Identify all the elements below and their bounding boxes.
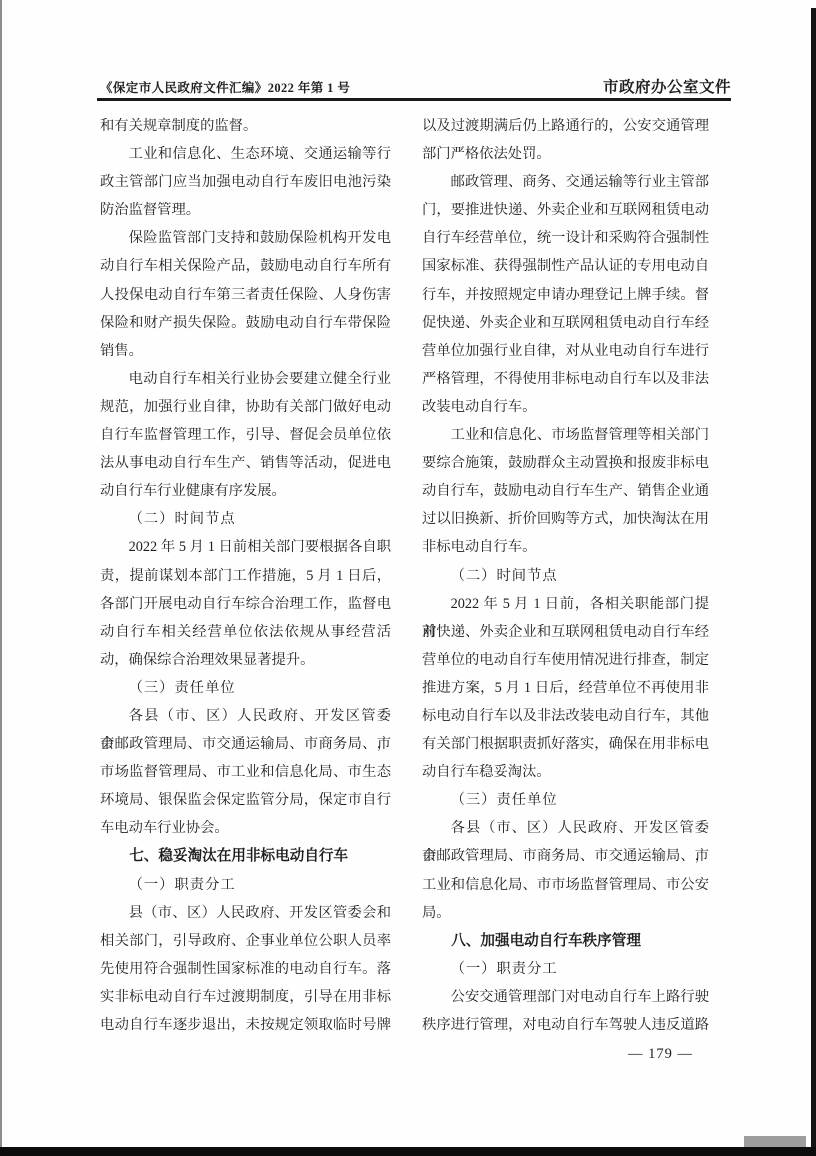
text-line: 保险监管部门支持和鼓励保险机构开发电 (100, 224, 391, 252)
text-line: 市邮政管理局、市商务局、市交通运输局、市 (422, 842, 709, 870)
text-line: 环境局、银保监会保定监管分局，保定市自行 (100, 786, 391, 814)
text-line: 动自行车稳妥淘汰。 (422, 758, 709, 786)
text-line: 和有关规章制度的监督。 (100, 112, 391, 140)
text-line: 各县（市、区）人民政府、开发区管委会， (100, 702, 391, 730)
sub-heading: （一）职责分工 (100, 871, 391, 899)
text-line: 改装电动自行车。 (422, 393, 709, 421)
scan-edge-left (0, 0, 2, 1156)
text-line: 门，要推进快递、外卖企业和互联网租赁电动 (422, 196, 709, 224)
text-line: 自行车经营单位，统一设计和采购符合强制性 (422, 224, 709, 252)
text-line: 电动自行车逐步退出，未按规定领取临时号牌 (100, 1011, 391, 1039)
text-line: 促快递、外卖企业和互联网租赁电动自行车经 (422, 309, 709, 337)
text-line: 自行车监督管理工作，引导、督促会员单位依 (100, 421, 391, 449)
text-line: 动自行车，鼓励电动自行车生产、销售企业通 (422, 477, 709, 505)
text-line: 县（市、区）人民政府、开发区管委会和 (100, 899, 391, 927)
text-line: 公安交通管理部门对电动自行车上路行驶 (422, 983, 709, 1011)
sub-heading: （二）时间节点 (422, 562, 709, 590)
text-line: 有关部门根据职责抓好落实，确保在用非标电 (422, 730, 709, 758)
text-line: 动自行车相关经营单位依法依规从事经营活 (100, 618, 391, 646)
text-line: 推进方案，5 月 1 日后，经营单位不再使用非 (422, 674, 709, 702)
section-heading: 八、加强电动自行车秩序管理 (422, 927, 709, 955)
sub-heading: （三）责任单位 (100, 674, 391, 702)
text-line: 法从事电动自行车生产、销售等活动，促进电 (100, 449, 391, 477)
text-column-left: 和有关规章制度的监督。工业和信息化、生态环境、交通运输等行政主管部门应当加强电动… (100, 112, 391, 1039)
text-line: 秩序进行管理，对电动自行车驾驶人违反道路 (422, 1011, 709, 1039)
text-line: 销售。 (100, 337, 391, 365)
text-line: 严格管理，不得使用非标电动自行车以及非法 (422, 365, 709, 393)
text-line: 人投保电动自行车第三者责任保险、人身伤害 (100, 281, 391, 309)
page-number: — 179 — (628, 1046, 693, 1063)
text-line: 营单位加强行业自律，对从业电动自行车进行 (422, 337, 709, 365)
text-line: 动自行车相关保险产品，鼓励电动自行车所有 (100, 252, 391, 280)
text-line: 过以旧换新、折价回购等方式，加快淘汰在用 (422, 505, 709, 533)
text-line: 各部门开展电动自行车综合治理工作，监督电 (100, 590, 391, 618)
text-line: 动自行车行业健康有序发展。 (100, 477, 391, 505)
text-line: 实非标电动自行车过渡期制度，引导在用非标 (100, 983, 391, 1011)
text-line: 要综合施策，鼓励群众主动置换和报废非标电 (422, 449, 709, 477)
header-divider (97, 98, 731, 101)
text-line: 对快递、外卖企业和互联网租赁电动自行车经 (422, 618, 709, 646)
text-line: 邮政管理、商务、交通运输等行业主管部 (422, 168, 709, 196)
text-line: 部门严格依法处罚。 (422, 140, 709, 168)
section-heading: 七、稳妥淘汰在用非标电动自行车 (100, 842, 391, 870)
header-doc-type: 市政府办公室文件 (603, 75, 731, 97)
text-line: 车电动车行业协会。 (100, 814, 391, 842)
text-line: 相关部门，引导政府、企事业单位公职人员率 (100, 927, 391, 955)
text-line: 政主管部门应当加强电动自行车废旧电池污染 (100, 168, 391, 196)
sub-heading: （三）责任单位 (422, 786, 709, 814)
text-line: 2022 年 5 月 1 日前相关部门要根据各自职 (100, 533, 391, 561)
text-column-right: 以及过渡期满后仍上路通行的，公安交通管理部门严格依法处罚。邮政管理、商务、交通运… (422, 112, 709, 1039)
text-line: 市场监督管理局、市工业和信息化局、市生态 (100, 758, 391, 786)
text-line: 防治监督管理。 (100, 196, 391, 224)
text-line: 营单位的电动自行车使用情况进行排查，制定 (422, 646, 709, 674)
text-line: 电动自行车相关行业协会要建立健全行业 (100, 365, 391, 393)
text-line: 以及过渡期满后仍上路通行的，公安交通管理 (422, 112, 709, 140)
text-line: 行车，并按照规定申请办理登记上牌手续。督 (422, 281, 709, 309)
text-line: 责，提前谋划本部门工作措施，5 月 1 日后， (100, 562, 391, 590)
text-line: 工业和信息化、生态环境、交通运输等行 (100, 140, 391, 168)
text-line: 标电动自行车以及非法改装电动自行车，其他 (422, 702, 709, 730)
sub-heading: （一）职责分工 (422, 955, 709, 983)
text-line: 先使用符合强制性国家标准的电动自行车。落 (100, 955, 391, 983)
document-page: 《保定市人民政府文件汇编》2022 年第 1 号 市政府办公室文件 和有关规章制… (0, 0, 816, 1156)
scan-smudge (744, 1136, 806, 1147)
scan-edge-right (811, 8, 816, 1156)
text-line: 2022 年 5 月 1 日前，各相关职能部门提前 (422, 590, 709, 618)
scan-edge-bottom (0, 1147, 816, 1156)
text-line: 国家标准、获得强制性产品认证的专用电动自 (422, 252, 709, 280)
sub-heading: （二）时间节点 (100, 505, 391, 533)
text-line: 规范，加强行业自律，协助有关部门做好电动 (100, 393, 391, 421)
text-line: 保险和财产损失保险。鼓励电动自行车带保险 (100, 309, 391, 337)
text-line: 动，确保综合治理效果显著提升。 (100, 646, 391, 674)
header-journal-title: 《保定市人民政府文件汇编》2022 年第 1 号 (100, 78, 400, 96)
text-line: 工业和信息化、市场监督管理等相关部门 (422, 421, 709, 449)
text-line: 市邮政管理局、市交通运输局、市商务局、市 (100, 730, 391, 758)
text-line: 各县（市、区）人民政府、开发区管委会， (422, 814, 709, 842)
text-line: 局。 (422, 899, 709, 927)
text-line: 非标电动自行车。 (422, 533, 709, 561)
text-line: 工业和信息化局、市市场监督管理局、市公安 (422, 871, 709, 899)
